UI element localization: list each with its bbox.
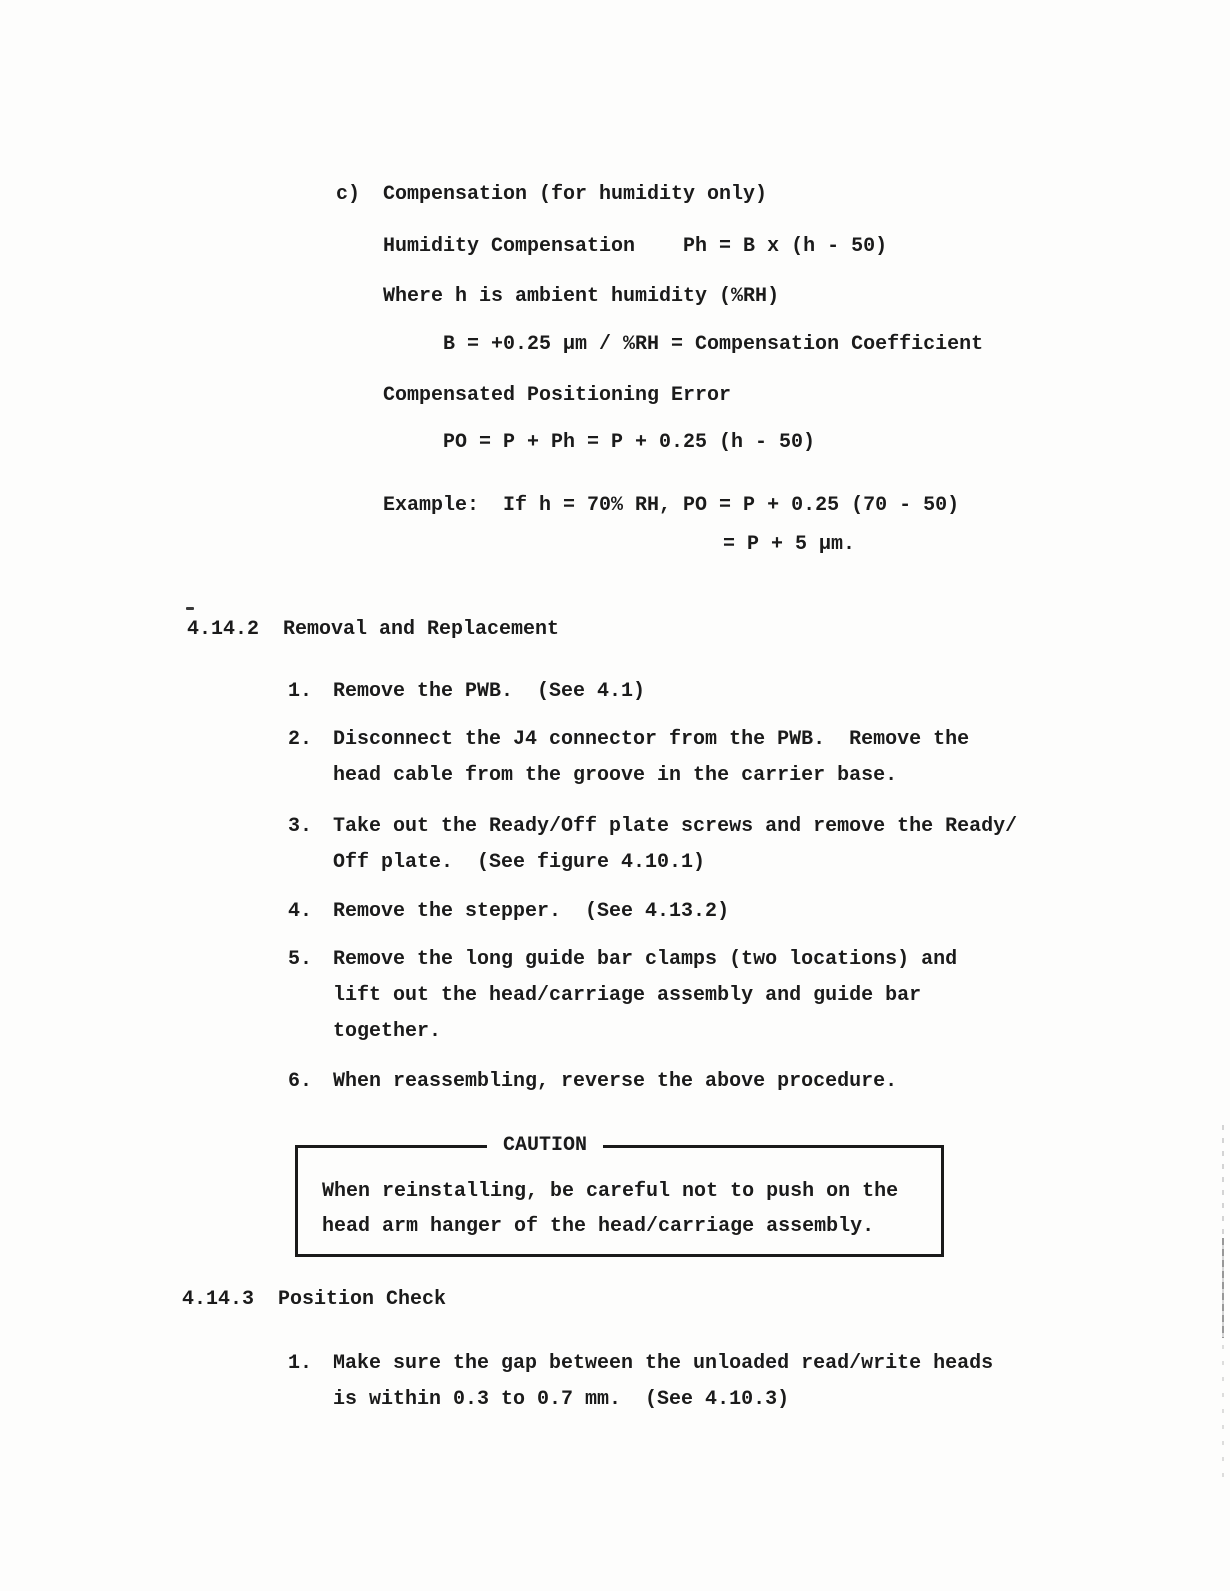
removal-step-3-number: 3. [288,809,312,845]
humidity-definition-line: Where h is ambient humidity (%RH) [383,279,779,315]
removal-step-2: 2. Disconnect the J4 connector from the … [288,722,969,794]
removal-step-1: 1. Remove the PWB. (See 4.1) [288,674,645,710]
compensation-item-label: c) [336,177,360,213]
scan-speck-dash [186,607,194,610]
po-formula: PO = P + Ph = P + 0.25 (h - 50) [443,425,815,461]
removal-step-2-text: Disconnect the J4 connector from the PWB… [333,722,969,794]
removal-step-1-number: 1. [288,674,312,710]
humidity-compensation-formula: Humidity Compensation Ph = B x (h - 50) [383,229,887,265]
scan-artifact-line-mid [1222,1238,1224,1338]
removal-step-5: 5. Remove the long guide bar clamps (two… [288,942,957,1050]
removal-step-4: 4. Remove the stepper. (See 4.13.2) [288,894,729,930]
section-position-check-title: Position Check [278,1282,446,1318]
removal-step-6-number: 6. [288,1064,312,1100]
removal-step-2-number: 2. [288,722,312,758]
section-removal-heading: 4.14.2 Removal and Replacement [187,612,559,648]
section-removal-number: 4.14.2 [187,612,259,648]
section-removal-title: Removal and Replacement [283,612,559,648]
position-check-step-1-text: Make sure the gap between the unloaded r… [333,1346,993,1418]
coefficient-formula: B = +0.25 µm / %RH = Compensation Coeffi… [443,327,983,363]
removal-step-3-text: Take out the Ready/Off plate screws and … [333,809,1017,881]
section-position-check-heading: 4.14.3 Position Check [182,1282,446,1318]
compensation-heading: Compensation (for humidity only) [383,177,767,213]
example-result-line: = P + 5 µm. [723,527,855,563]
example-line: Example: If h = 70% RH, PO = P + 0.25 (7… [383,488,959,524]
removal-step-5-number: 5. [288,942,312,978]
compensation-heading-row: c) Compensation (for humidity only) [336,177,767,213]
caution-label: CAUTION [487,1134,603,1158]
scan-artifact-line-bottom [1222,1345,1224,1480]
removal-step-5-text: Remove the long guide bar clamps (two lo… [333,942,957,1050]
position-check-step-1: 1. Make sure the gap between the unloade… [288,1346,993,1418]
caution-text: When reinstalling, be careful not to pus… [322,1174,898,1244]
scan-artifact-line-top [1222,1125,1224,1240]
removal-step-1-text: Remove the PWB. (See 4.1) [333,674,645,710]
caution-box: CAUTION When reinstalling, be careful no… [295,1145,944,1257]
removal-step-4-text: Remove the stepper. (See 4.13.2) [333,894,729,930]
compensated-error-heading: Compensated Positioning Error [383,378,731,414]
removal-step-4-number: 4. [288,894,312,930]
removal-step-3: 3. Take out the Ready/Off plate screws a… [288,809,1017,881]
removal-step-6: 6. When reassembling, reverse the above … [288,1064,897,1100]
manual-page: c) Compensation (for humidity only) Humi… [0,0,1230,1591]
section-position-check-number: 4.14.3 [182,1282,254,1318]
removal-step-6-text: When reassembling, reverse the above pro… [333,1064,897,1100]
position-check-step-1-number: 1. [288,1346,312,1382]
